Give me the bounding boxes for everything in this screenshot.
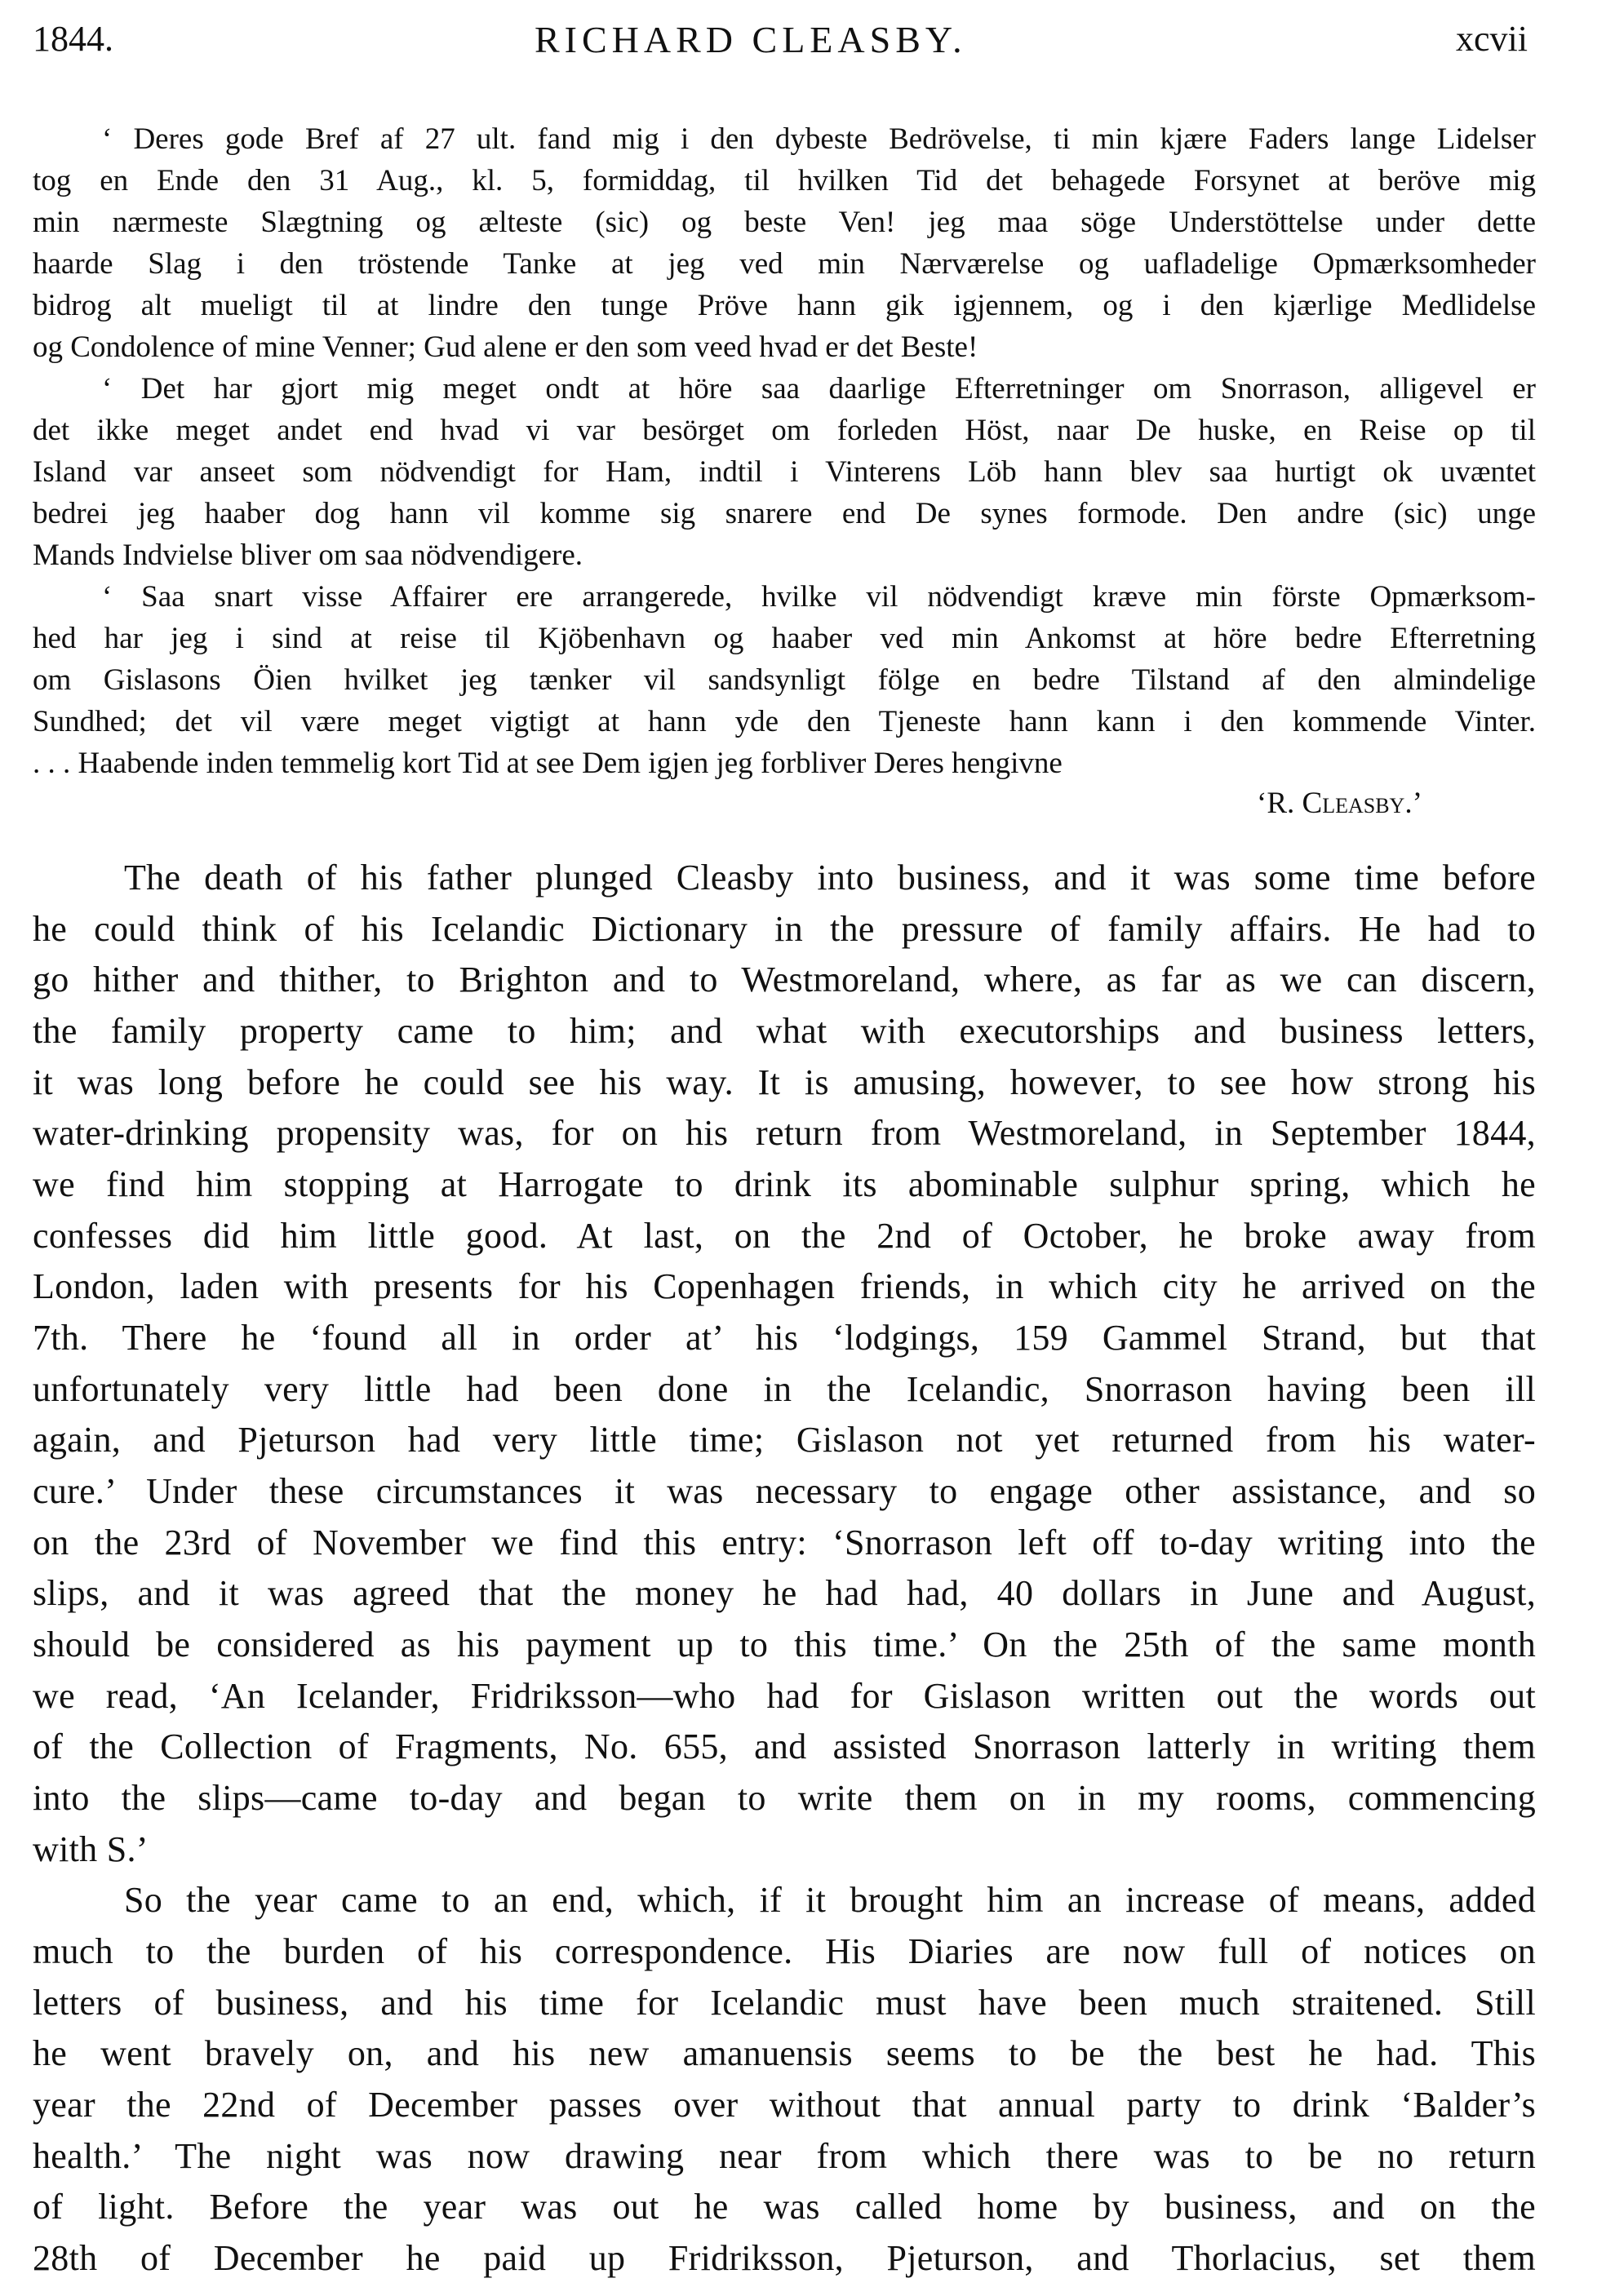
body-line: it was long before he could see his way.… bbox=[33, 1057, 1536, 1108]
body-line: year the 22nd of December passes over wi… bbox=[33, 2080, 1536, 2130]
signature-name: Cleasby bbox=[1302, 787, 1405, 820]
body-line: health.’ The night was now drawing near … bbox=[33, 2131, 1536, 2182]
letter-line: Mands Indvielse bliver om saa nödvendige… bbox=[33, 535, 1536, 576]
letter-line: hed har jeg i sind at reise til Kjöbenha… bbox=[33, 618, 1536, 659]
body-line: water-drinking propensity was, for on hi… bbox=[33, 1108, 1536, 1159]
page-number: xcvii bbox=[1456, 18, 1528, 67]
body-line: we find him stopping at Harrogate to dri… bbox=[33, 1159, 1536, 1210]
body-line: of the Collection of Fragments, No. 655,… bbox=[33, 1722, 1536, 1772]
letter-line: haarde Slag i den tröstende Tanke at jeg… bbox=[33, 244, 1536, 285]
letter-line: og Condolence of mine Venner; Gud alene … bbox=[33, 327, 1536, 368]
letter-signature: ‘R. Cleasby.’ bbox=[1257, 783, 1422, 824]
letter-line: ‘ Deres gode Bref af 27 ult. fand mig i … bbox=[33, 119, 1536, 160]
body-line: London, laden with presents for his Cope… bbox=[33, 1261, 1536, 1312]
body-line: So the year came to an end, which, if it… bbox=[33, 1875, 1536, 1926]
letter-line: det ikke meget andet end hvad vi var bes… bbox=[33, 410, 1536, 451]
body-line: again, and Pjeturson had very little tim… bbox=[33, 1415, 1536, 1465]
signature-open-quote: ‘ bbox=[1257, 787, 1267, 820]
body-line: confesses did him little good. At last, … bbox=[33, 1211, 1536, 1261]
body-line: go hither and thither, to Brighton and t… bbox=[33, 955, 1536, 1005]
body-line: of light. Before the year was out he was… bbox=[33, 2182, 1536, 2232]
body-line: into the slips—came to-day and began to … bbox=[33, 1773, 1536, 1824]
letter-line: . . . Haabende inden temmelig kort Tid a… bbox=[33, 743, 1536, 784]
letter-line: om Gislasons Öien hvilket jeg tænker vil… bbox=[33, 660, 1536, 701]
letter-line: ‘ Saa snart visse Affairer ere arrangere… bbox=[33, 577, 1536, 618]
body-line: 28th of December he paid up Fridriksson,… bbox=[33, 2233, 1536, 2284]
letter-line: tog en Ende den 31 Aug., kl. 5, formidda… bbox=[33, 161, 1536, 202]
body-line: slips, and it was agreed that the money … bbox=[33, 1568, 1536, 1619]
body-line: should be considered as his payment up t… bbox=[33, 1620, 1536, 1670]
body-line: we read, ‘An Icelander, Fridriksson—who … bbox=[33, 1671, 1536, 1722]
running-head-title: RICHARD CLEASBY. bbox=[535, 18, 1057, 67]
body-line: The death of his father plunged Cleasby … bbox=[33, 853, 1536, 903]
book-page: 1844. RICHARD CLEASBY. xcvii ‘ Deres god… bbox=[0, 0, 1615, 2296]
letter-line: bedrei jeg haaber dog hann vil komme sig… bbox=[33, 494, 1536, 534]
body-line: the family property came to him; and wha… bbox=[33, 1006, 1536, 1057]
body-line: 7th. There he ‘found all in order at’ hi… bbox=[33, 1313, 1536, 1363]
letter-line: Island var anseet som nödvendigt for Ham… bbox=[33, 452, 1536, 493]
signature-close: .’ bbox=[1404, 787, 1422, 820]
letter-line: ‘ Det har gjort mig meget ondt at höre s… bbox=[33, 369, 1536, 410]
body-line: he could think of his Icelandic Dictiona… bbox=[33, 904, 1536, 955]
body-line: cure.’ Under these circumstances it was … bbox=[33, 1466, 1536, 1517]
body-line: he went bravely on, and his new amanuens… bbox=[33, 2028, 1536, 2079]
body-line: unfortunately very little had been done … bbox=[33, 1364, 1536, 1415]
body-line: with S.’ bbox=[33, 1824, 1536, 1875]
letter-line: bidrog alt mueligt til at lindre den tun… bbox=[33, 286, 1536, 326]
letter-line: min nærmeste Slægtning og ælteste (sic) … bbox=[33, 202, 1536, 243]
signature-initial: R. bbox=[1267, 787, 1294, 820]
body-line: letters of business, and his time for Ic… bbox=[33, 1978, 1536, 2028]
body-line: much to the burden of his correspondence… bbox=[33, 1926, 1536, 1977]
body-line: on the 23rd of November we find this ent… bbox=[33, 1518, 1536, 1568]
letter-line: Sundhed; det vil være meget vigtigt at h… bbox=[33, 702, 1536, 742]
running-head-year: 1844. bbox=[33, 18, 113, 67]
